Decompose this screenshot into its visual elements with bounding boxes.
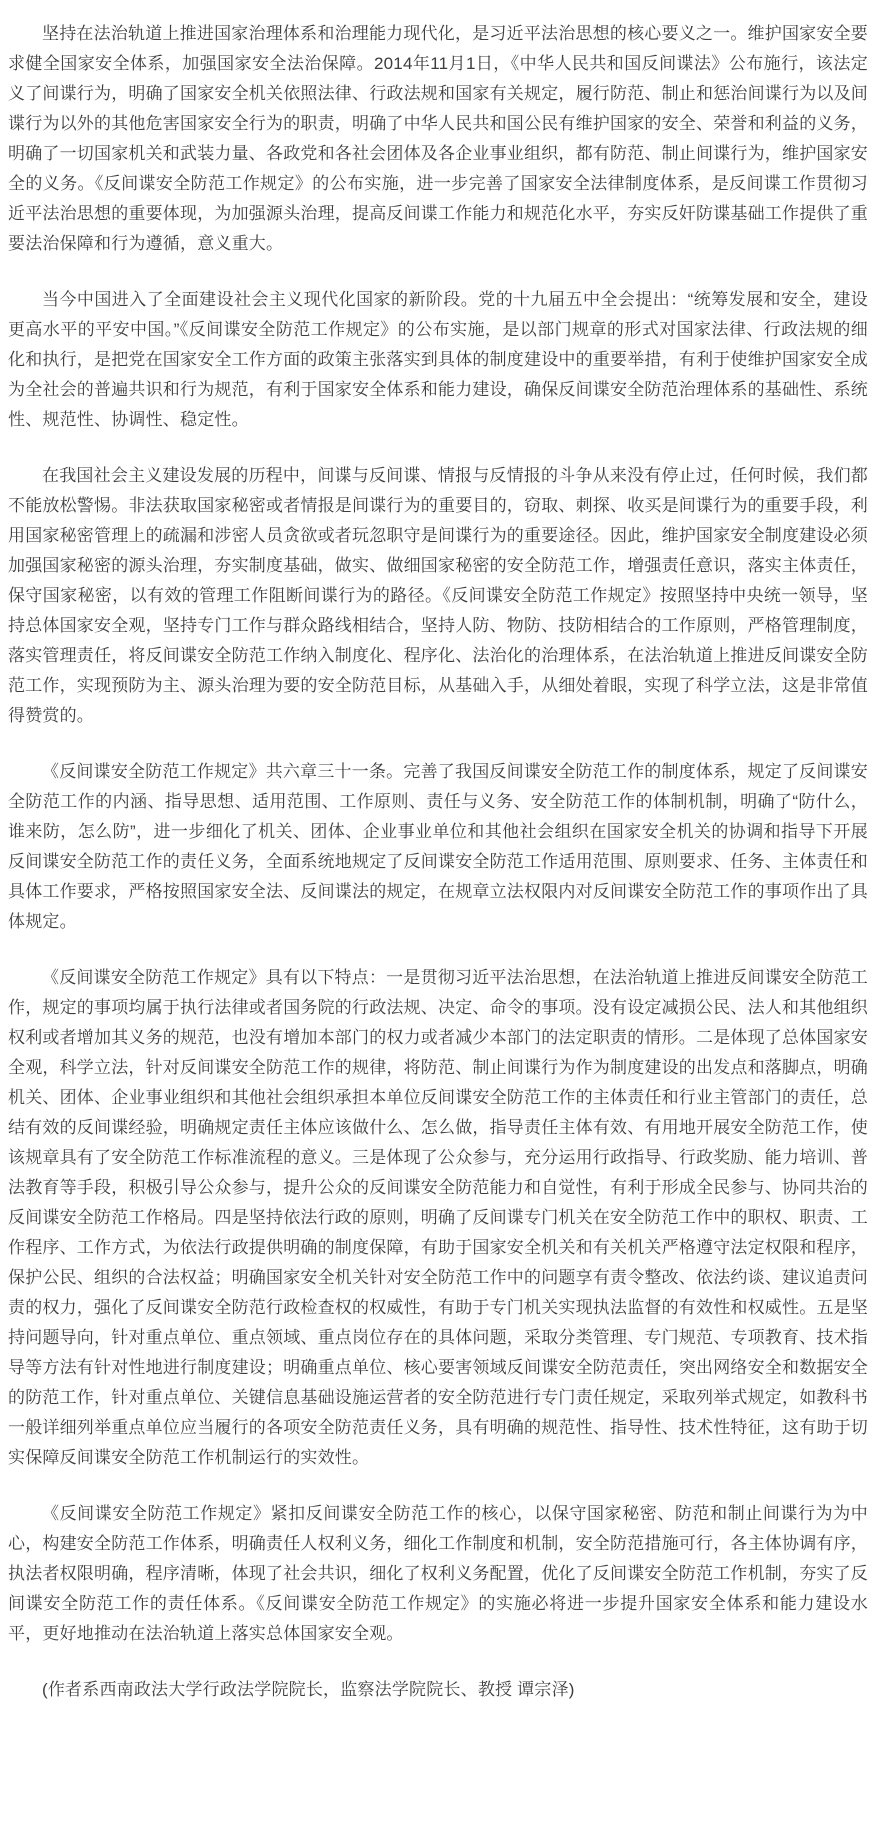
article-paragraph-6: 《反间谍安全防范工作规定》紧扣反间谍安全防范工作的核心，以保守国家秘密、防范和制… bbox=[8, 1499, 868, 1649]
article-paragraph-2: 当今中国进入了全面建设社会主义现代化国家的新阶段。党的十九届五中全会提出：“统筹… bbox=[8, 285, 868, 435]
article-body: 坚持在法治轨道上推进国家治理体系和治理能力现代化，是习近平法治思想的核心要义之一… bbox=[8, 19, 868, 1705]
article-paragraph-5: 《反间谍安全防范工作规定》具有以下特点：一是贯彻习近平法治思想，在法治轨道上推进… bbox=[8, 963, 868, 1473]
article-paragraph-1: 坚持在法治轨道上推进国家治理体系和治理能力现代化，是习近平法治思想的核心要义之一… bbox=[8, 19, 868, 259]
article-page: 坚持在法治轨道上推进国家治理体系和治理能力现代化，是习近平法治思想的核心要义之一… bbox=[0, 0, 877, 1842]
article-paragraph-3: 在我国社会主义建设发展的历程中，间谍与反间谍、情报与反情报的斗争从来没有停止过，… bbox=[8, 461, 868, 731]
author-byline: (作者系西南政法大学行政法学院院长，监察法学院院长、教授 谭宗泽) bbox=[8, 1675, 868, 1705]
article-paragraph-4: 《反间谍安全防范工作规定》共六章三十一条。完善了我国反间谍安全防范工作的制度体系… bbox=[8, 757, 868, 937]
